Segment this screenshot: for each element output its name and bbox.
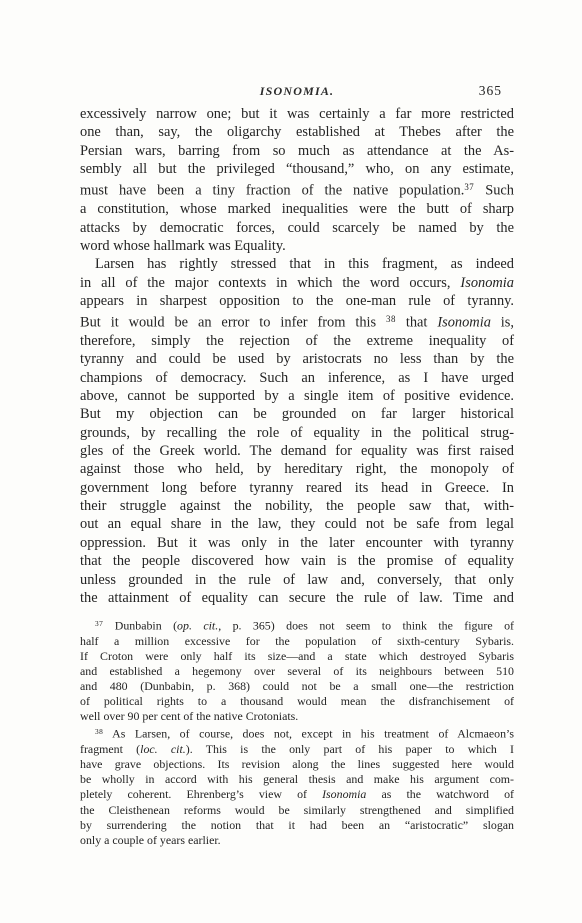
text-line: appears in sharpest opposition to the on… [80, 292, 514, 310]
text-line: champions of democracy. Such an inferenc… [80, 369, 514, 387]
text-line: the attainment of equality can secure th… [80, 589, 514, 607]
text-line: that the people discovered how vain is t… [80, 552, 514, 570]
page-number: 365 [479, 83, 502, 99]
text-line: their struggle against the nobility, the… [80, 497, 514, 515]
text-line: by surrendering the notion that it had b… [80, 818, 514, 833]
text-line: pletely coherent. Ehrenberg’s view of Is… [80, 787, 514, 802]
text-line: in all of the major contexts in which th… [80, 274, 514, 292]
scanned-page: ISONOMIA. 365 excessively narrow one; bu… [0, 0, 582, 923]
text-line: gles of the Greek world. The demand for … [80, 442, 514, 460]
text-line: oppression. But it was only in the later… [80, 534, 514, 552]
text-line: be wholly in accord with his general the… [80, 772, 514, 787]
text-line: attacks by democratic forces, could scar… [80, 219, 514, 237]
text-line: the Cleisthenean reforms would be simila… [80, 803, 514, 818]
text-line: 37 Dunbabin (op. cit., p. 365) does not … [80, 616, 514, 634]
text-line: and 480 (Dunbabin, p. 368) could not be … [80, 679, 514, 694]
text-line: well over 90 per cent of the native Crot… [80, 709, 514, 724]
footnotes: 37 Dunbabin (op. cit., p. 365) does not … [80, 616, 514, 848]
text-line: If Croton were only half its size—and a … [80, 649, 514, 664]
text-line: out an equal share in the law, they coul… [80, 515, 514, 533]
text-line: only a couple of years earlier. [80, 833, 514, 848]
text-line: Larsen has rightly stressed that in this… [80, 255, 514, 273]
text-line: tyranny and could be used by aristocrats… [80, 350, 514, 368]
text-line: sembly all but the privileged “thousand,… [80, 160, 514, 178]
text-line: fragment (loc. cit.). This is the only p… [80, 742, 514, 757]
text-line: against those who held, by hereditary ri… [80, 460, 514, 478]
text-line: and established a hegemony over several … [80, 664, 514, 679]
text-line: must have been a tiny fraction of the na… [80, 178, 514, 200]
text-line: government long before tyranny reared it… [80, 479, 514, 497]
text-line: one than, say, the oligarchy established… [80, 123, 514, 141]
text-line: excessively narrow one; but it was certa… [80, 105, 514, 123]
text-line: have grave objections. Its revision alon… [80, 757, 514, 772]
text-line: therefore, simply the rejection of the e… [80, 332, 514, 350]
text-line: word whose hallmark was Equality. [80, 237, 514, 255]
text-line: above, cannot be supported by a single i… [80, 387, 514, 405]
text-line: half a million excessive for the populat… [80, 634, 514, 649]
text-line: Persian wars, barring from so much as at… [80, 142, 514, 160]
text-line: a constitution, whose marked inequalitie… [80, 200, 514, 218]
page-header: ISONOMIA. 365 [80, 84, 514, 100]
text-line: grounds, by recalling the role of equali… [80, 424, 514, 442]
text-line: But my objection can be grounded on far … [80, 405, 514, 423]
text-line: unless grounded in the rule of law and, … [80, 571, 514, 589]
text-line: But it would be an error to infer from t… [80, 310, 514, 332]
body-text: excessively narrow one; but it was certa… [80, 105, 514, 607]
text-line: 38 As Larsen, of course, does not, excep… [80, 724, 514, 742]
text-line: of political rights to a thousand would … [80, 694, 514, 709]
running-title: ISONOMIA. [80, 84, 514, 99]
